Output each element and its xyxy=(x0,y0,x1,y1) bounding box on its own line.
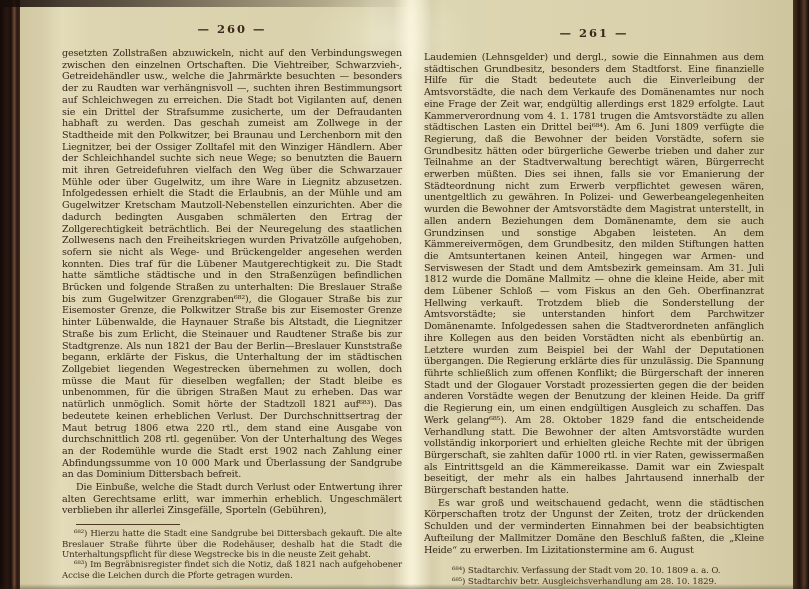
right-page-body: Laudemien (Lehnsgelder) und dergl., sowi… xyxy=(424,52,764,556)
paragraph: Laudemien (Lehnsgelder) und dergl., sowi… xyxy=(424,52,764,497)
book-page-edge-right xyxy=(793,0,809,589)
paragraph: gesetzten Zollstraßen abzuwickeln, nicht… xyxy=(62,48,402,481)
book-binding-edge xyxy=(0,0,20,589)
page-number-right: — 261 — xyxy=(424,26,764,40)
page-number-left: — 260 — xyxy=(62,22,402,36)
left-page-footnotes: ⁶⁸²) Hierzu hatte die Stadt eine Sandgru… xyxy=(62,529,402,581)
book-scan: — 260 — gesetzten Zollstraßen abzuwickel… xyxy=(0,0,809,589)
footnote: ⁶⁸³) Im Begräbnisregister findet sich di… xyxy=(62,560,402,581)
page-top-shadow xyxy=(0,0,420,7)
page-bottom-shadow xyxy=(0,584,809,589)
footnote: ⁶⁸²) Hierzu hatte die Stadt eine Sandgru… xyxy=(62,529,402,560)
left-page-body: gesetzten Zollstraßen abzuwickeln, nicht… xyxy=(62,48,402,517)
paragraph: Die Einbuße, welche die Stadt durch Verl… xyxy=(62,482,402,517)
paragraph: Es war groß und weitschauend gedacht, we… xyxy=(424,498,764,557)
footnote-divider xyxy=(76,524,180,525)
right-page: — 261 — Laudemien (Lehnsgelder) und derg… xyxy=(424,16,764,582)
left-page: — 260 — gesetzten Zollstraßen abzuwickel… xyxy=(62,16,402,582)
footnote: ⁶⁸⁴) Stadtarchiv. Verfassung der Stadt v… xyxy=(440,566,764,576)
